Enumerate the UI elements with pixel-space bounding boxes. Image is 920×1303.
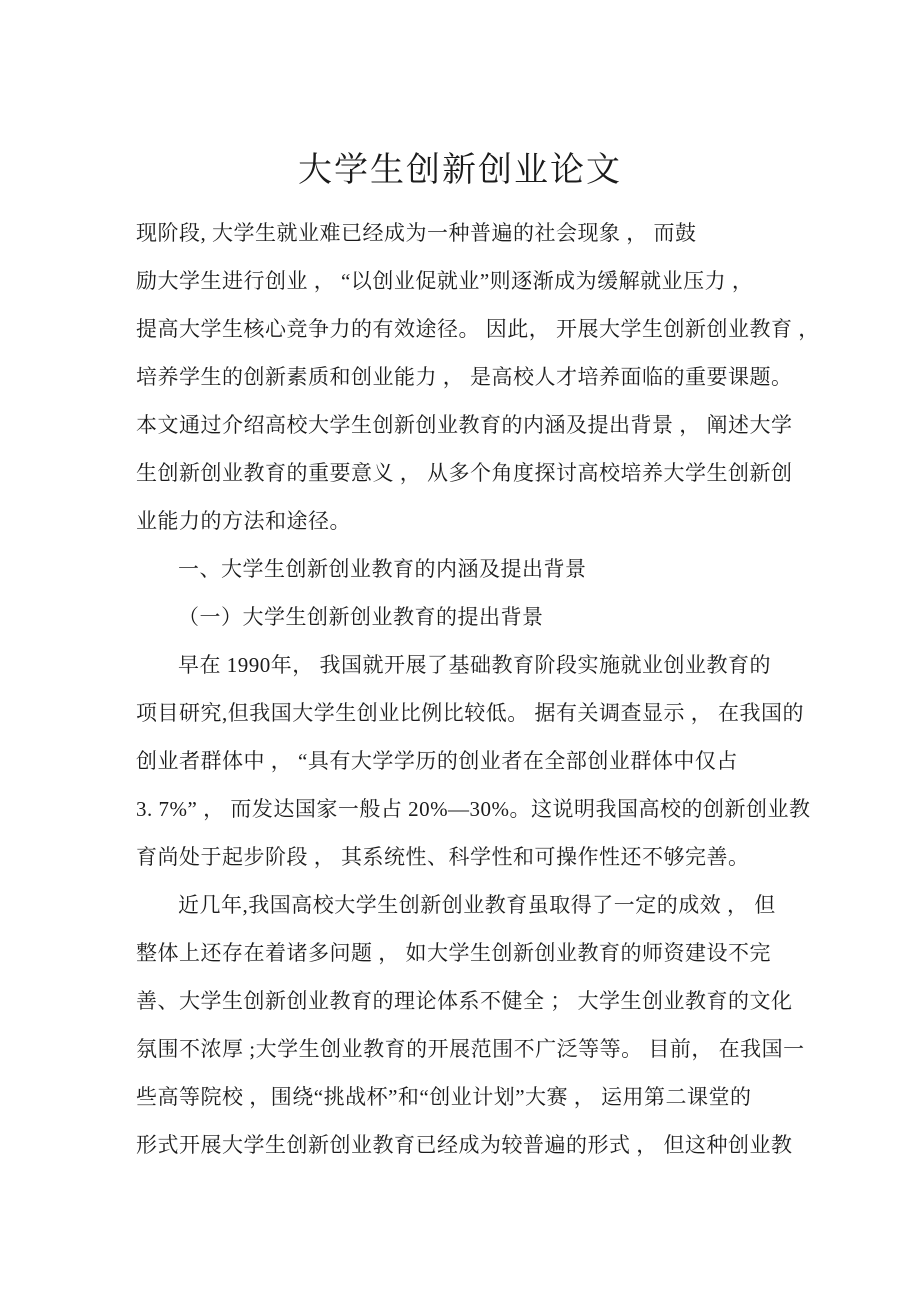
document-body: 现阶段, 大学生就业难已经成为一种普遍的社会现象 ， 而鼓 励大学生进行创业 ，… xyxy=(136,209,826,1169)
document-line: 3. 7%” ， 而发达国家一般占 20%—30%。这说明我国高校的创新创业教 xyxy=(136,785,826,833)
document-line: 近几年,我国高校大学生创新创业教育虽取得了一定的成效 ， 但 xyxy=(136,881,826,929)
document-line: 业能力的方法和途径。 xyxy=(136,497,826,545)
document-line: 培养学生的创新素质和创业能力 ， 是高校人才培养面临的重要课题。 xyxy=(136,353,826,401)
document-line: 本文通过介绍高校大学生创新创业教育的内涵及提出背景 ， 阐述大学 xyxy=(136,401,826,449)
document-line: 些高等院校 ，围绕“挑战杯”和“创业计划”大赛 ， 运用第二课堂的 xyxy=(136,1073,826,1121)
document-line: 励大学生进行创业 ， “以创业促就业”则逐渐成为缓解就业压力 ， xyxy=(136,257,826,305)
document-heading-line: （一）大学生创新创业教育的提出背景 xyxy=(136,593,826,641)
document-line: 项目研究,但我国大学生创业比例比较低。 据有关调查显示 ， 在我国的 xyxy=(136,689,826,737)
document-line: 早在 1990年， 我国就开展了基础教育阶段实施就业创业教育的 xyxy=(136,641,826,689)
document-line: 创业者群体中 ， “具有大学学历的创业者在全部创业群体中仅占 xyxy=(136,737,826,785)
document-line: 形式开展大学生创新创业教育已经成为较普遍的形式 ， 但这种创业教 xyxy=(136,1121,826,1169)
document-page: 大学生创新创业论文 现阶段, 大学生就业难已经成为一种普遍的社会现象 ， 而鼓 … xyxy=(0,0,920,1303)
document-line: 提高大学生核心竞争力的有效途径。 因此， 开展大学生创新创业教育 ， xyxy=(136,305,826,353)
document-line: 善、大学生创新创业教育的理论体系不健全 ； 大学生创业教育的文化 xyxy=(136,977,826,1025)
document-line: 整体上还存在着诸多问题 ， 如大学生创新创业教育的师资建设不完 xyxy=(136,929,826,977)
document-line: 育尚处于起步阶段 ， 其系统性、科学性和可操作性还不够完善。 xyxy=(136,833,826,881)
document-line: 氛围不浓厚 ;大学生创业教育的开展范围不广泛等等。 目前， 在我国一 xyxy=(136,1025,826,1073)
document-line: 生创新创业教育的重要意义 ， 从多个角度探讨高校培养大学生创新创 xyxy=(136,449,826,497)
document-title: 大学生创新创业论文 xyxy=(0,144,920,198)
document-line: 现阶段, 大学生就业难已经成为一种普遍的社会现象 ， 而鼓 xyxy=(136,209,826,257)
document-heading-line: 一、大学生创新创业教育的内涵及提出背景 xyxy=(136,545,826,593)
